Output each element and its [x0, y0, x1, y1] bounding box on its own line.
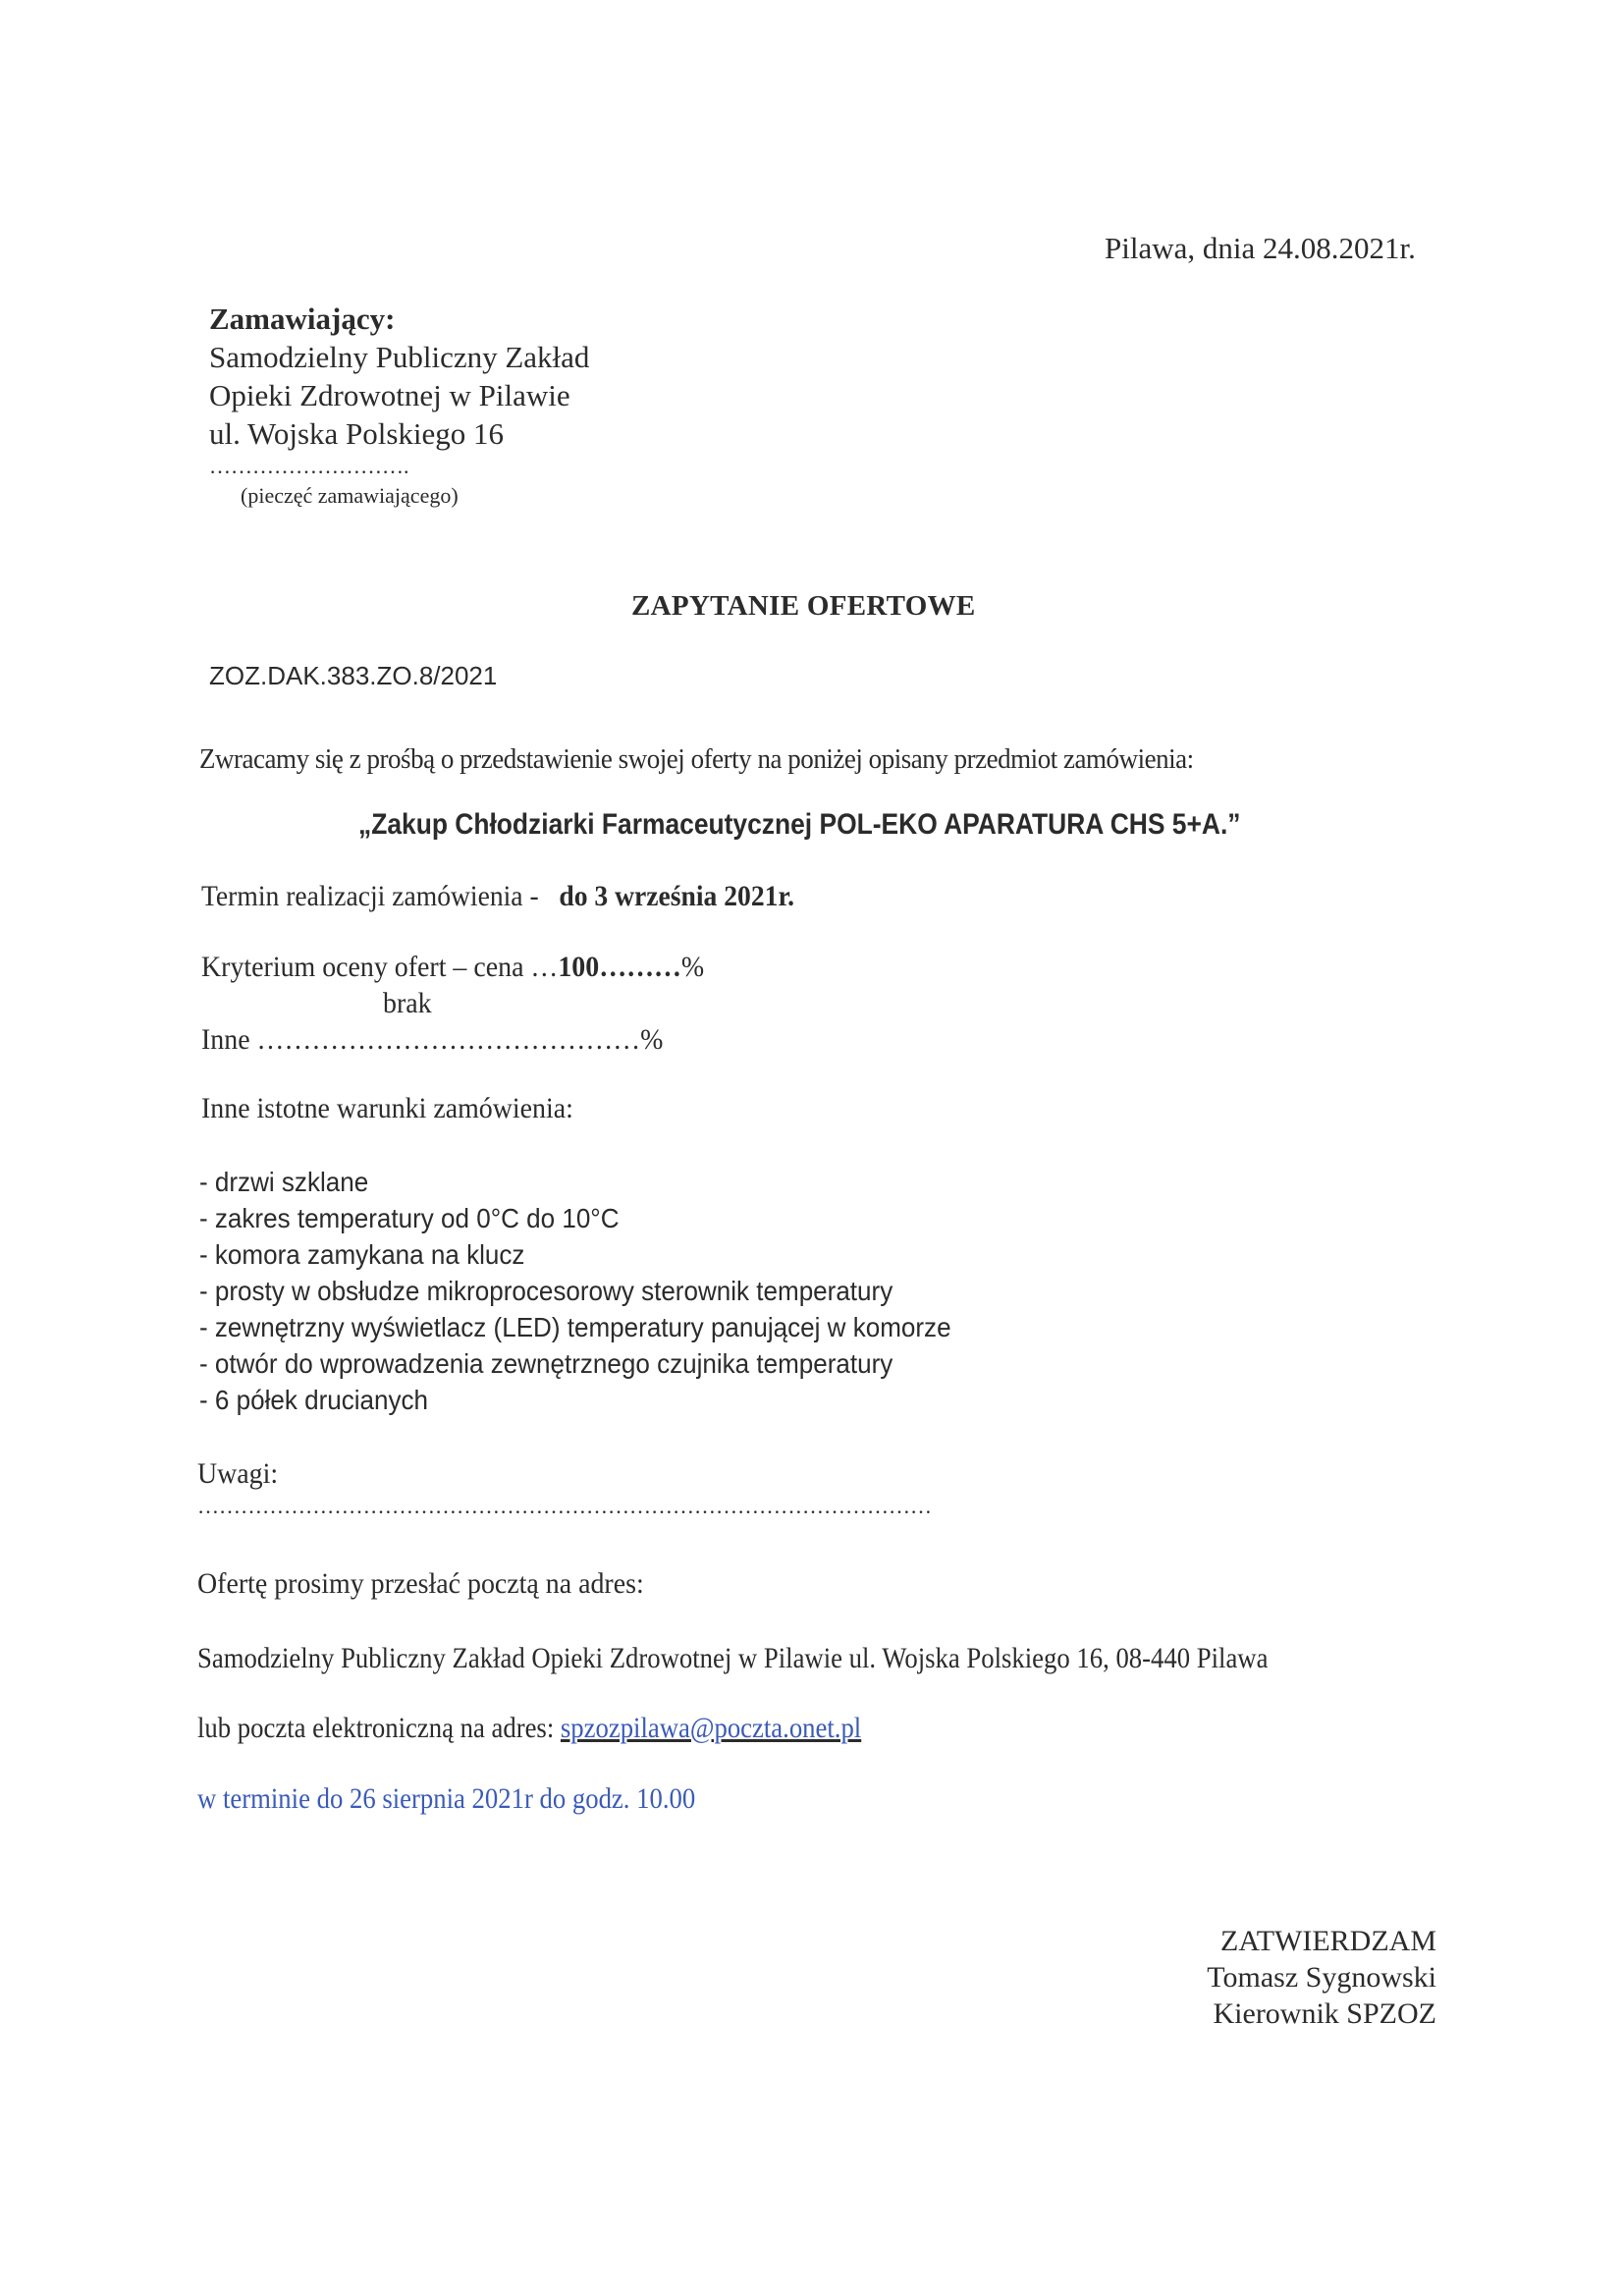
approval-label: ZATWIERDZAM	[1207, 1923, 1436, 1959]
conditions-list: - drzwi szklane - zakres temperatury od …	[199, 1164, 951, 1418]
deadline-label: Termin realizacji zamówienia -	[201, 880, 559, 912]
email-prefix: lub poczta elektroniczną na adres:	[197, 1712, 561, 1744]
reference-number: ZOZ.DAK.383.ZO.8/2021	[209, 661, 497, 691]
signer-name: Tomasz Sygnowski	[1207, 1959, 1436, 1995]
place-date: Pilawa, dnia 24.08.2021r.	[1105, 231, 1416, 266]
condition-item: - zewnętrzny wyświetlacz (LED) temperatu…	[199, 1309, 951, 1345]
document-title: ZAPYTANIE OFERTOWE	[631, 590, 976, 623]
email-line: lub poczta elektroniczną na adres: spzoz…	[197, 1712, 861, 1745]
stamp-dots: ……………………….	[209, 454, 409, 479]
deadline-value: do 3 września 2021r.	[559, 880, 794, 912]
buyer-address: ul. Wojska Polskiego 16	[209, 414, 589, 453]
buyer-label: Zamawiający:	[209, 300, 589, 338]
stamp-caption: (pieczęć zamawiającego)	[241, 483, 459, 509]
conditions-heading: Inne istotne warunki zamówienia:	[201, 1092, 573, 1125]
deadline-line: Termin realizacji zamówienia - do 3 wrze…	[201, 880, 794, 913]
buyer-name-line-1: Samodzielny Publiczny Zakład	[209, 338, 589, 376]
signer-role: Kierownik SPZOZ	[1207, 1995, 1436, 2032]
order-subject: „Zakup Chłodziarki Farmaceutycznej POL-E…	[358, 808, 1240, 842]
buyer-name-line-2: Opieki Zdrowotnej w Pilawie	[209, 376, 589, 414]
signature-block: ZATWIERDZAM Tomasz Sygnowski Kierownik S…	[1207, 1923, 1436, 2032]
submission-address: Samodzielny Publiczny Zakład Opieki Zdro…	[197, 1642, 1268, 1675]
condition-item: - otwór do wprowadzenia zewnętrznego czu…	[199, 1345, 951, 1382]
criteria-value: 100………	[558, 951, 681, 983]
other-criteria: Inne ……………………………………%	[201, 1023, 663, 1057]
criteria-line: Kryterium oceny ofert – cena …100………%	[201, 951, 704, 984]
condition-item: - 6 półek drucianych	[199, 1382, 951, 1418]
remarks-dots: …………………………………………………………………………………………	[197, 1494, 932, 1519]
remarks-label: Uwagi:	[197, 1457, 278, 1491]
intro-text: Zwracamy się z prośbą o przedstawienie s…	[199, 743, 1194, 776]
submission-deadline: w terminie do 26 sierpnia 2021r do godz.…	[197, 1782, 695, 1816]
submission-intro: Ofertę prosimy przesłać pocztą na adres:	[197, 1567, 644, 1601]
criteria-suffix: %	[681, 951, 704, 983]
condition-item: - drzwi szklane	[199, 1164, 951, 1200]
condition-item: - prosty w obsłudze mikroprocesorowy ste…	[199, 1273, 951, 1309]
criteria-label: Kryterium oceny ofert – cena …	[201, 951, 558, 983]
buyer-block: Zamawiający: Samodzielny Publiczny Zakła…	[209, 300, 589, 453]
condition-item: - komora zamykana na klucz	[199, 1236, 951, 1273]
condition-item: - zakres temperatury od 0°C do 10°C	[199, 1200, 951, 1236]
email-link[interactable]: spzozpilawa@poczta.onet.pl	[561, 1712, 861, 1744]
other-note: brak	[383, 987, 432, 1020]
